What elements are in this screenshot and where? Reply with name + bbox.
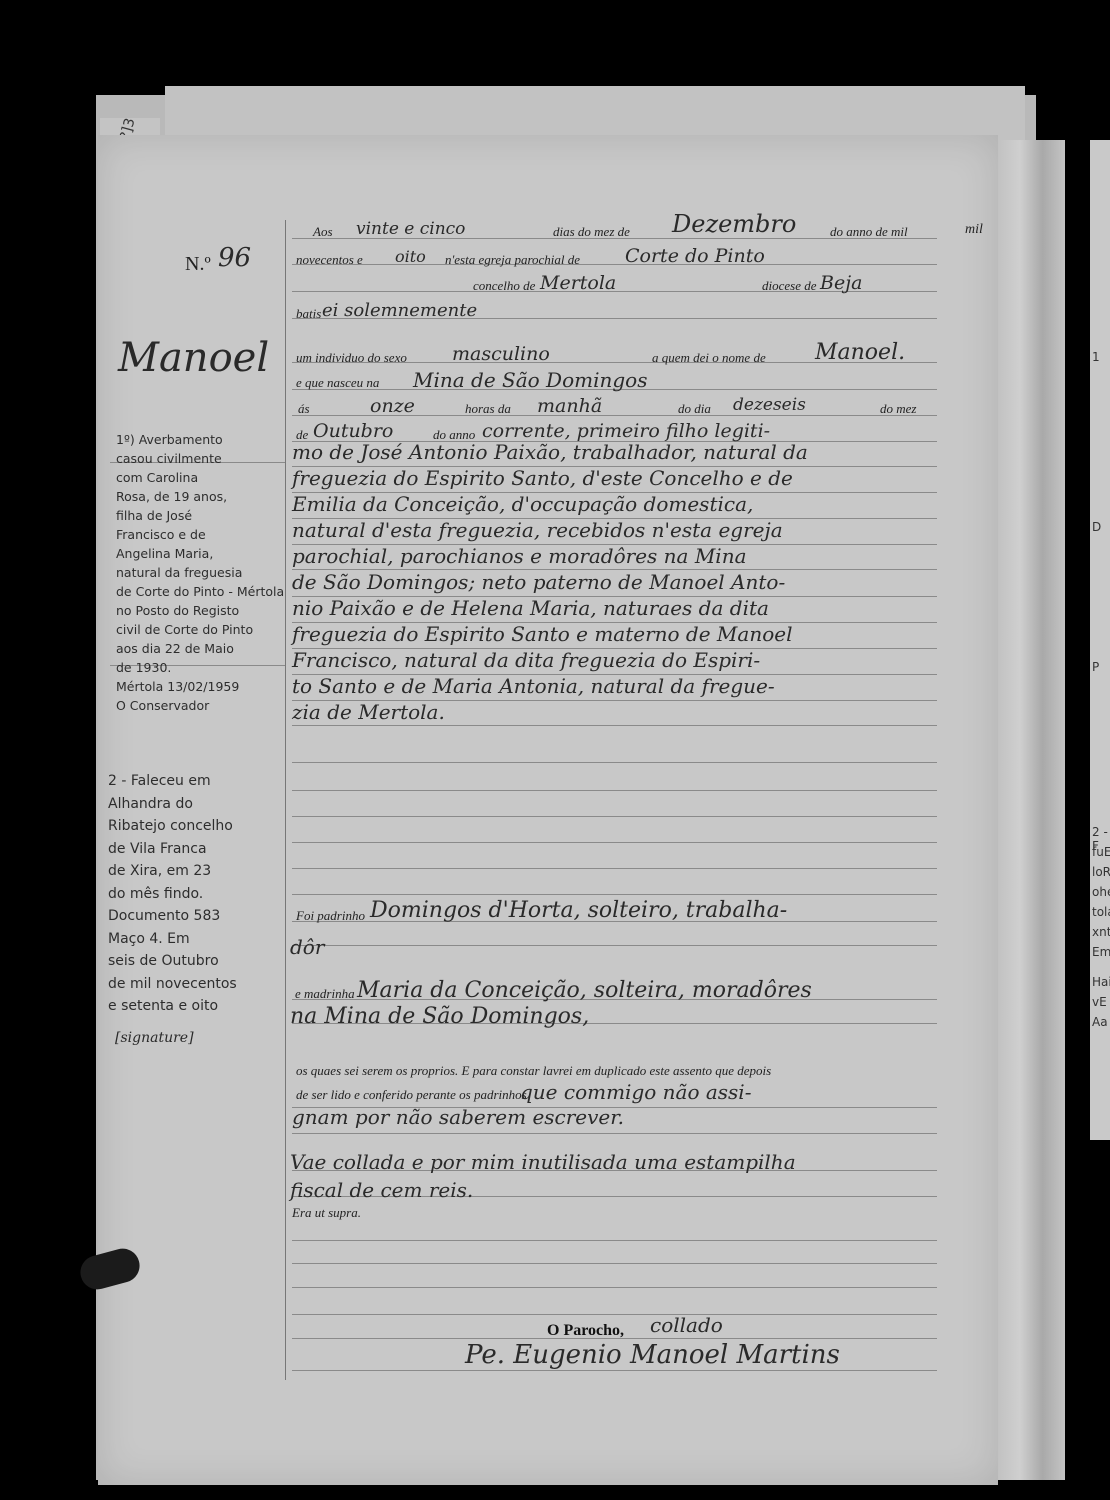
printed-text: Aos (313, 224, 333, 240)
printed-text: ás (298, 401, 310, 417)
margin-note-marriage: 1º) Averbamentocasou civilmentecom Carol… (116, 430, 284, 715)
handwritten-birthplace: Mina de São Domingos (413, 368, 647, 392)
ruled-line (292, 1370, 937, 1371)
madrinha-value-cont: na Mina de São Domingos, (290, 1004, 589, 1029)
margin-note-line: de 1930. (116, 658, 284, 677)
body-line: zia de Mertola. (292, 700, 445, 724)
body-line: nio Paixão e de Helena Maria, naturaes d… (292, 596, 769, 620)
handwritten-diocese: Beja (820, 272, 862, 294)
fragment: loR (1092, 865, 1110, 879)
margin-note-line: Mértola 13/02/1959 (116, 677, 284, 696)
margin-note-line: de mil novecentos (108, 973, 237, 996)
printed-text: dias do mez de (553, 224, 630, 240)
entry-number-label: N.º (185, 253, 211, 276)
margin-note-line: civil de Corte do Pinto (116, 620, 284, 639)
handwritten-birth-day: dezeseis (733, 395, 806, 415)
parocho-label: O Parocho, (547, 1322, 624, 1340)
fragment: Hai (1092, 975, 1110, 989)
closing-printed: de ser lido e conferido perante os padri… (296, 1087, 527, 1103)
body-line: parochial, parochianos e moradôres na Mi… (292, 544, 747, 568)
ruled-line (292, 842, 937, 843)
margin-note-line: Angelina Maria, (116, 544, 284, 563)
fragment: Aa (1092, 1015, 1108, 1029)
adjacent-page-strip: 1 D P 2 - F fuEh loR ohes tola xnto Em H… (1090, 140, 1110, 1140)
margin-note-line: com Carolina (116, 468, 284, 487)
frayed-right-edge (990, 140, 1065, 1480)
printed-text: n'esta egreja parochial de (445, 252, 580, 268)
padrinho-value: Domingos d'Horta, solteiro, trabalha- (370, 898, 787, 923)
fragment: xnto (1092, 925, 1110, 939)
ruled-line (292, 868, 937, 869)
body-line: to Santo e de Maria Antonia, natural da … (292, 674, 775, 698)
margin-note-line: 2 - Faleceu em (108, 770, 237, 793)
stamp-note: fiscal de cem reis. (290, 1178, 473, 1202)
fragment: P (1092, 660, 1099, 674)
printed-text: horas da (465, 401, 511, 417)
fragment: vE (1092, 995, 1107, 1009)
ruled-line (292, 762, 937, 763)
printed-text: do dia (678, 401, 711, 417)
printed-text: do mez (880, 401, 916, 417)
margin-note-line: Francisco e de (116, 525, 284, 544)
ruled-line (292, 264, 937, 265)
madrinha-label: e madrinha (295, 986, 355, 1002)
fragment: fuEh (1092, 845, 1110, 859)
handwritten-text: corrente, primeiro filho legiti- (482, 420, 770, 442)
body-line: de São Domingos; neto paterno de Manoel … (292, 570, 785, 594)
handwritten-baptism: ei solemnemente (322, 300, 477, 321)
fragment: ohes (1092, 885, 1110, 899)
ruled-line (292, 894, 937, 895)
ruled-line (292, 1240, 937, 1241)
closing-printed: os quaes sei serem os proprios. E para c… (296, 1063, 771, 1079)
handwritten-hour: onze (370, 395, 415, 417)
body-line: natural d'esta freguezia, recebidos n'es… (292, 518, 783, 542)
margin-note-line: O Conservador (116, 696, 284, 715)
ruled-line (292, 945, 937, 946)
fragment: Em (1092, 945, 1110, 959)
handwritten-municipality: Mertola (540, 272, 616, 294)
body-line: Francisco, natural da dita freguezia do … (292, 648, 760, 672)
era-ut-supra: Era ut supra. (292, 1205, 361, 1221)
printed-text: novecentos e (296, 252, 363, 268)
margin-note-line: Alhandra do (108, 793, 237, 816)
body-line: Emilia da Conceição, d'occupação domesti… (292, 492, 753, 516)
margin-note-line: Documento 583 (108, 905, 237, 928)
margin-note-line: seis de Outubro (108, 950, 237, 973)
printed-text: diocese de (762, 278, 817, 294)
body-line: freguezia do Espirito Santo, d'este Conc… (292, 466, 793, 490)
printed-text: concelho de (473, 278, 535, 294)
ruled-line (292, 1263, 937, 1264)
header-fragment: mil (965, 222, 983, 238)
handwritten-year: oito (395, 247, 426, 266)
margin-note-line: do mês findo. (108, 883, 237, 906)
margin-note-line: no Posto do Registo (116, 601, 284, 620)
printed-text: batis (296, 306, 321, 322)
handwritten-period: manhã (537, 395, 602, 417)
margin-note-line: natural da freguesia (116, 563, 284, 582)
closing-handwritten: gnam por não saberem escrever. (292, 1105, 624, 1129)
padrinho-value-cont: dôr (290, 935, 324, 959)
padrinho-label: Foi padrinho (296, 908, 365, 924)
ruled-line (292, 1287, 937, 1288)
ruled-line (292, 725, 937, 726)
margin-note-line: de Xira, em 23 (108, 860, 237, 883)
margin-note-line: Ribatejo concelho (108, 815, 237, 838)
margin-note-death: 2 - Faleceu emAlhandra doRibatejo concel… (108, 770, 237, 1018)
entry-number: 96 (218, 243, 251, 273)
parocho-title: collado (650, 1313, 723, 1337)
margin-note-line: de Corte do Pinto - Mértola (116, 582, 284, 601)
margin-note-line: e setenta e oito (108, 995, 237, 1018)
printed-text: e que nasceu na (296, 375, 379, 391)
handwritten-parish: Corte do Pinto (625, 245, 765, 267)
margin-note-line: de Vila Franca (108, 838, 237, 861)
margin-rule (285, 220, 286, 1380)
handwritten-birth-month: Outubro (313, 420, 393, 442)
fragment: 1 (1092, 350, 1100, 364)
ruled-line (292, 816, 937, 817)
margin-note-line: aos dia 22 de Maio (116, 639, 284, 658)
body-line: freguezia do Espirito Santo e materno de… (292, 622, 792, 646)
handwritten-given-name: Manoel. (815, 340, 905, 365)
priest-signature: Pe. Eugenio Manoel Martins (465, 1340, 840, 1370)
handwritten-sex: masculino (452, 343, 550, 365)
closing-handwritten: que commigo não assi- (520, 1080, 751, 1104)
margin-note-line: 1º) Averbamento (116, 430, 284, 449)
ruled-line (292, 1314, 937, 1315)
margin-note-line: Maço 4. Em (108, 928, 237, 951)
printed-text: um individuo do sexo (296, 350, 407, 366)
handwritten-month: Dezembro (672, 210, 796, 238)
margin-note-line: filha de José (116, 506, 284, 525)
handwritten-day: vinte e cinco (356, 219, 465, 239)
ruled-line (292, 790, 937, 791)
fragment: tola (1092, 905, 1110, 919)
printed-text: do anno de mil (830, 224, 908, 240)
fragment: D (1092, 520, 1101, 534)
stamp-note: Vae collada e por mim inutilisada uma es… (290, 1150, 796, 1174)
margin-name: Manoel (118, 335, 269, 381)
body-line: mo de José Antonio Paixão, trabalhador, … (292, 440, 808, 464)
margin-note-line: casou civilmente (116, 449, 284, 468)
ruled-line (292, 1133, 937, 1134)
madrinha-value: Maria da Conceição, solteira, moradôres (357, 978, 812, 1003)
margin-note-signature: [signature] (115, 1030, 194, 1046)
margin-note-line: Rosa, de 19 anos, (116, 487, 284, 506)
printed-text: a quem dei o nome de (652, 350, 766, 366)
